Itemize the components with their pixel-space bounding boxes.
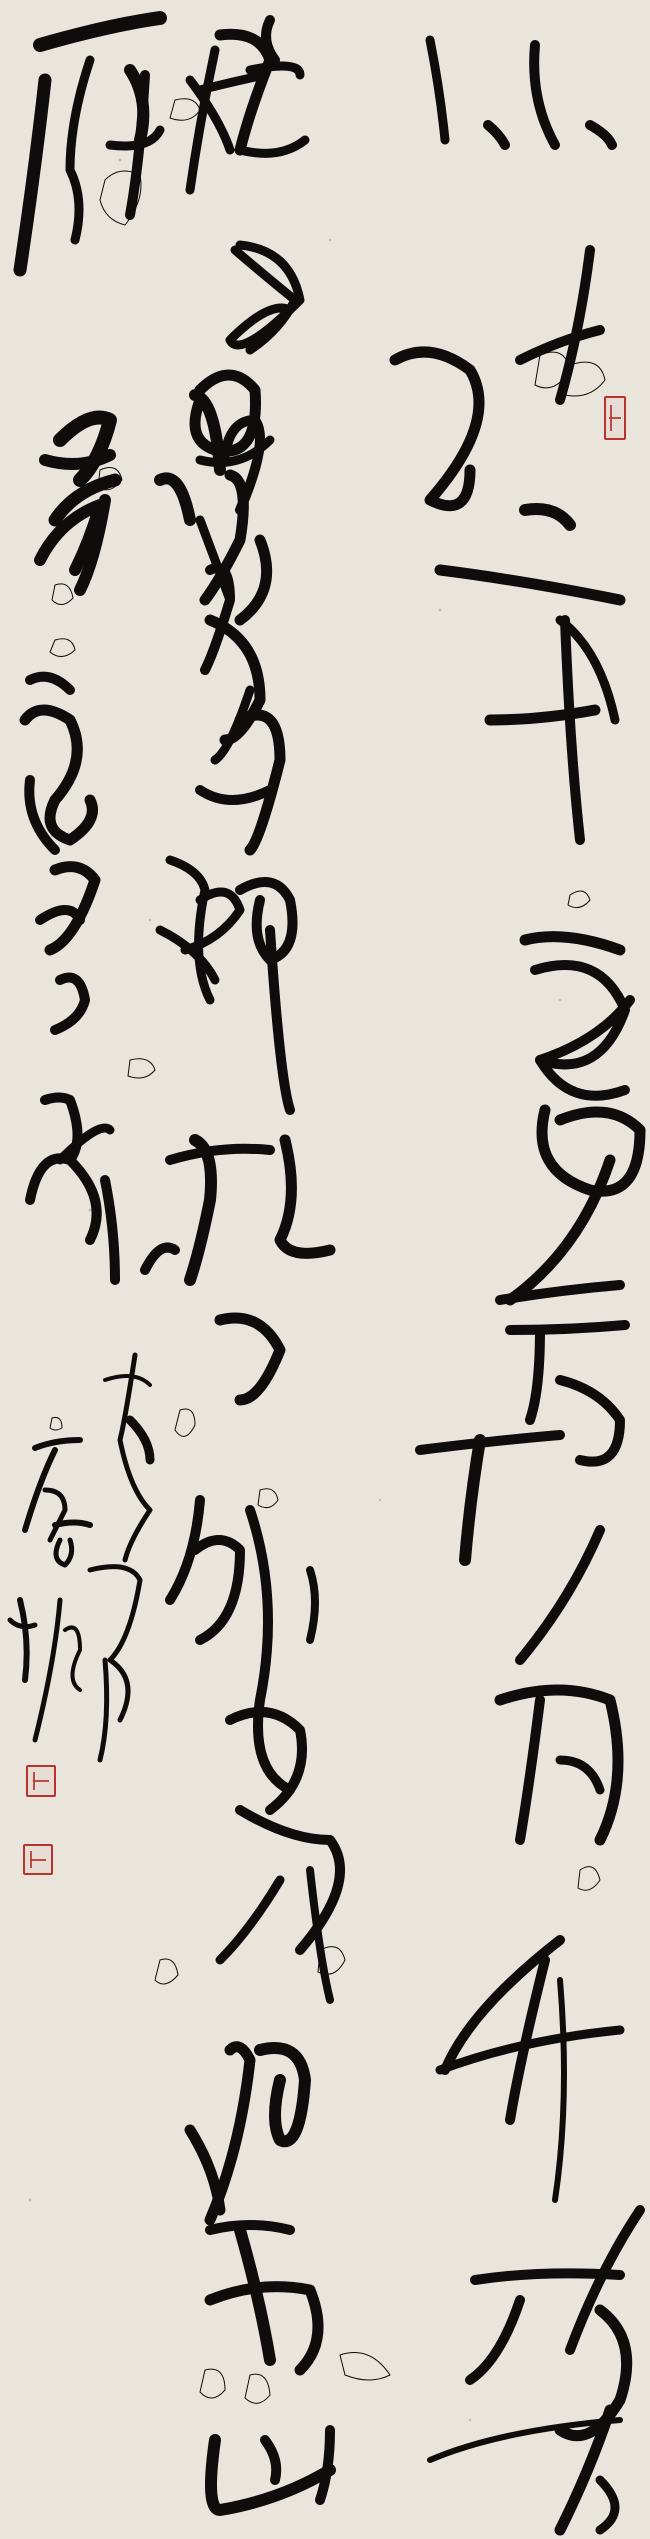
column-4-strokes xyxy=(25,70,200,1280)
column-2-strokes xyxy=(155,34,390,2510)
leading-seal xyxy=(604,396,626,440)
signature-seal-2 xyxy=(23,1844,53,1875)
column-5-strokes xyxy=(20,18,160,270)
calligraphy-strokes xyxy=(0,0,650,2539)
calligraphy-scroll xyxy=(0,0,650,2539)
signature-seal-1 xyxy=(26,1765,56,1797)
